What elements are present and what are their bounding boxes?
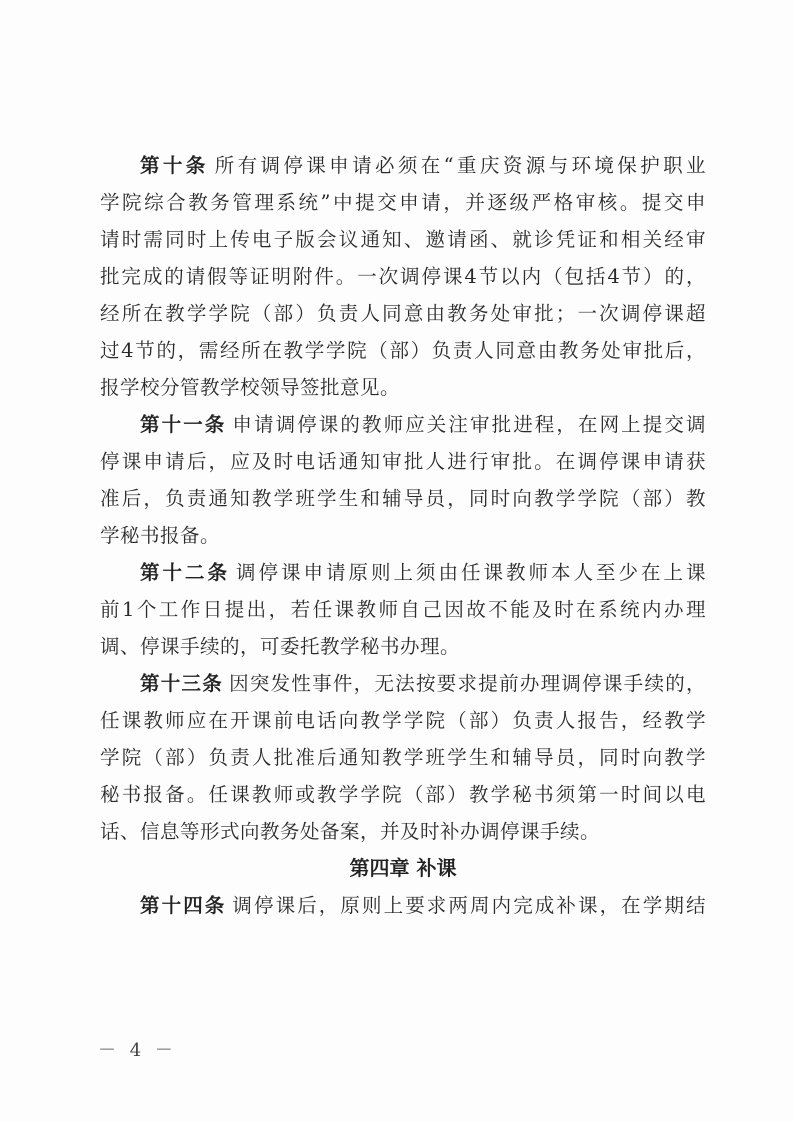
paragraph-line: 调、停课手续的，可委托教学秘书办理。 [100, 628, 706, 665]
paragraph-line: 第十三条因突发性事件，无法按要求提前办理调停课手续的， [100, 665, 706, 702]
page-number: － 4 － [98, 1036, 177, 1062]
paragraph-line: 第十一条申请调停课的教师应关注审批进程，在网上提交调 [100, 406, 706, 443]
article-label: 第十条 [140, 154, 209, 177]
paragraph-line: 经所在教学学院（部）负责人同意由教务处审批；一次调停课超 [100, 295, 706, 332]
paragraph-line: 第十条所有调停课申请必须在“重庆资源与环境保护职业 [100, 147, 706, 184]
paragraph-line: 过4节的，需经所在教学学院（部）负责人同意由教务处审批后， [100, 332, 706, 369]
paragraph-line: 前1个工作日提出，若任课教师自己因故不能及时在系统内办理 [100, 591, 706, 628]
article-label: 第十一条 [140, 413, 226, 436]
paragraph-line: 话、信息等形式向教务处备案，并及时补办调停课手续。 [100, 813, 706, 850]
paragraph-line: 批完成的请假等证明附件。一次调停课4节以内（包括4节）的， [100, 258, 706, 295]
paragraph-line: 学院（部）负责人批准后通知教学班学生和辅导员，同时向教学 [100, 739, 706, 776]
paragraph-line: 学秘书报备。 [100, 517, 706, 554]
paragraph-line: 学院综合教务管理系统”中提交申请，并逐级严格审核。提交申 [100, 184, 706, 221]
article-label: 第十三条 [140, 672, 223, 695]
paragraph-line: 准后，负责通知教学班学生和辅导员，同时向教学学院（部）教 [100, 480, 706, 517]
article-label: 第十四条 [140, 894, 226, 917]
paragraph-line: 请时需同时上传电子版会议通知、邀请函、就诊凭证和相关经审 [100, 221, 706, 258]
chapter-heading: 第四章 补课 [100, 850, 706, 887]
paragraph-line: 第十四条调停课后，原则上要求两周内完成补课，在学期结 [100, 887, 706, 924]
paragraph-line: 任课教师应在开课前电话向教学学院（部）负责人报告，经教学 [100, 702, 706, 739]
paragraph-line: 停课申请后，应及时电话通知审批人进行审批。在调停课申请获 [100, 443, 706, 480]
paragraph-line: 第十二条调停课申请原则上须由任课教师本人至少在上课 [100, 554, 706, 591]
article-label: 第十二条 [140, 561, 230, 584]
paragraph-line: 秘书报备。任课教师或教学学院（部）教学秘书须第一时间以电 [100, 776, 706, 813]
document-page: 第十条所有调停课申请必须在“重庆资源与环境保护职业 学院综合教务管理系统”中提交… [100, 147, 706, 924]
paragraph-line: 报学校分管教学校领导签批意见。 [100, 369, 706, 406]
